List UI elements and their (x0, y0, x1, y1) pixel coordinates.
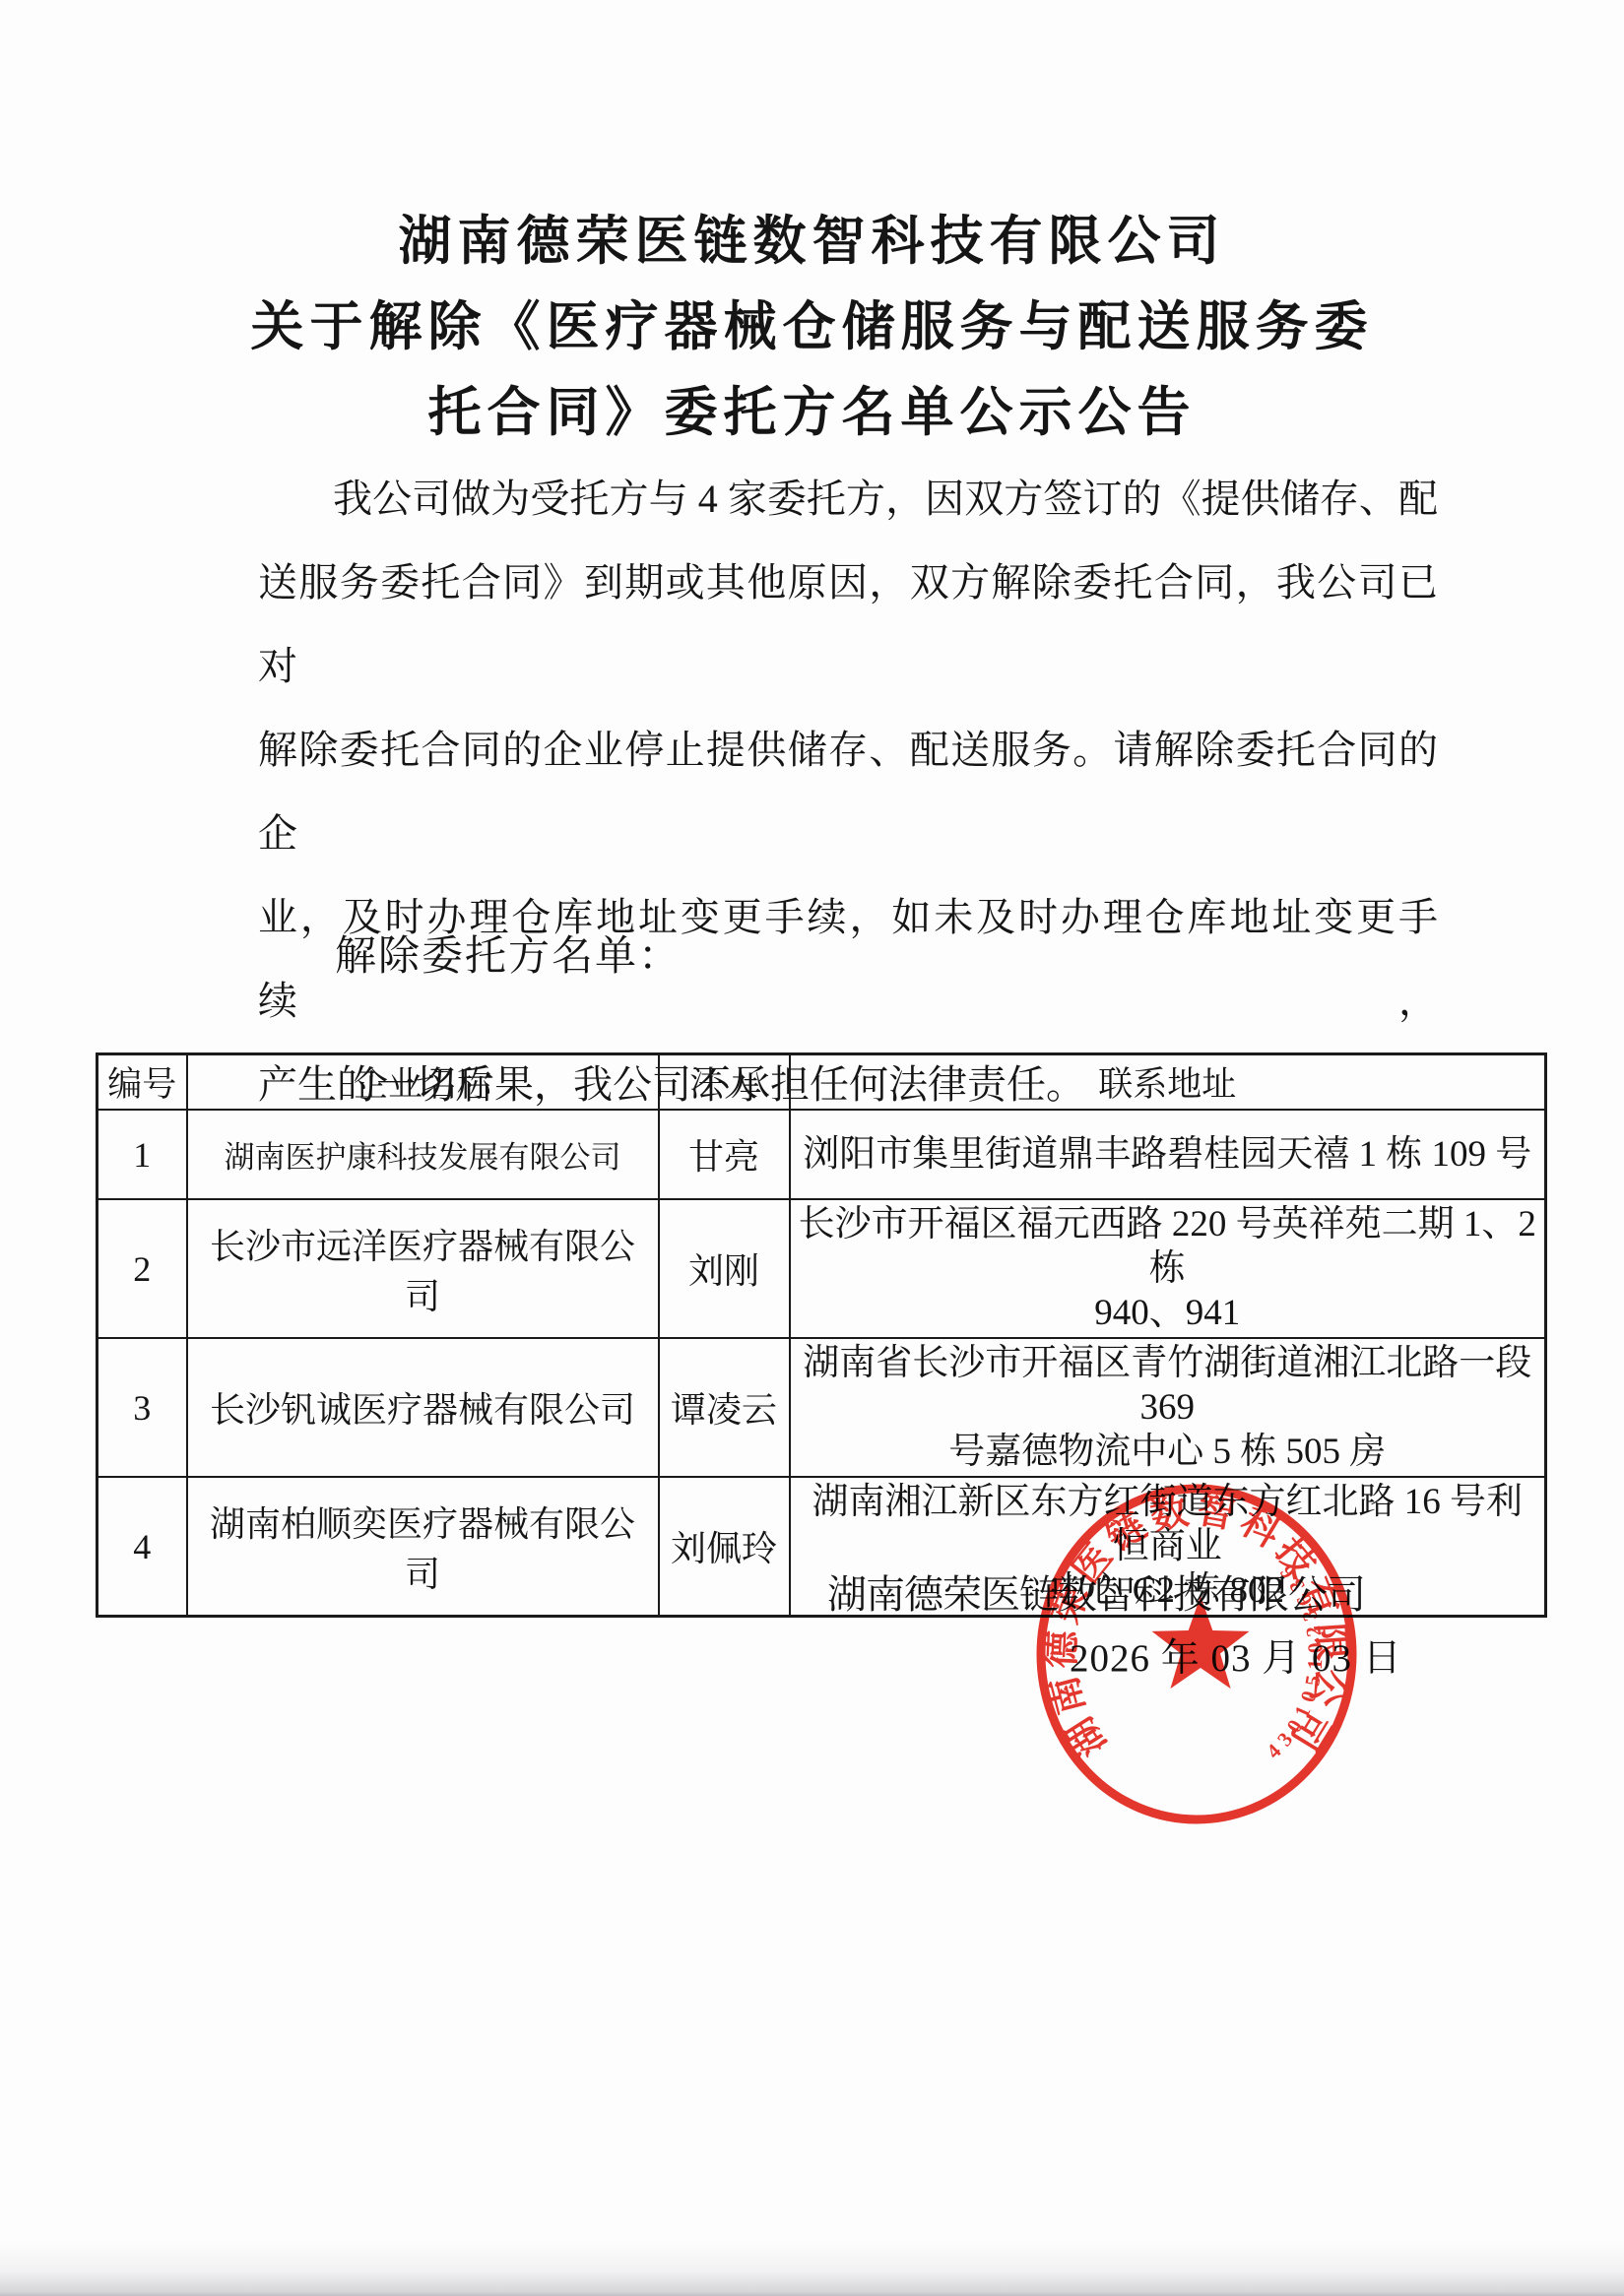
body-line: 我公司做为受托方与 4 家委托方，因双方签订的《提供储存、配 (258, 457, 1438, 541)
header-cell-no: 编号 (97, 1054, 187, 1111)
header-cell-company: 企业名称 (187, 1054, 659, 1111)
title-line-2: 关于解除《医疗器械仓储服务与配送服务委 (0, 285, 1624, 370)
address-cell: 湖南省长沙市开福区青竹湖街道湘江北路一段 369 号嘉德物流中心 5 栋 505… (790, 1338, 1546, 1477)
header-cell-legal: 法人 (659, 1054, 790, 1111)
header-cell-address: 联系地址 (790, 1054, 1546, 1111)
company-name-cell: 湖南医护康科技发展有限公司 (187, 1110, 659, 1199)
body-line: 解除委托合同的企业停止提供储存、配送服务。请解除委托合同的企 (258, 708, 1438, 875)
row-number-cell: 4 (97, 1477, 187, 1617)
table-row: 2 长沙市远洋医疗器械有限公司 刘刚 长沙市开福区福元西路 220 号英祥苑二期… (97, 1199, 1546, 1338)
title-line-3: 托合同》委托方名单公示公告 (0, 370, 1624, 456)
table-row: 1 湖南医护康科技发展有限公司 甘亮 浏阳市集里街道鼎丰路碧桂园天禧 1 栋 1… (97, 1110, 1546, 1199)
title-line-1: 湖南德荣医链数智科技有限公司 (0, 199, 1624, 285)
company-name-cell: 长沙市远洋医疗器械有限公司 (187, 1199, 659, 1338)
table-header-row: 编号 企业名称 法人 联系地址 (97, 1054, 1546, 1111)
company-name-cell: 湖南柏顺奕医疗器械有限公司 (187, 1477, 659, 1617)
body-paragraph: 我公司做为受托方与 4 家委托方，因双方签订的《提供储存、配 送服务委托合同》到… (258, 457, 1438, 1126)
company-seal: 湖南德荣医链数智科技有限公司 4301051023636 (1014, 1467, 1389, 1851)
row-number-cell: 3 (97, 1338, 187, 1477)
legal-person-cell: 刘刚 (659, 1199, 790, 1338)
list-label: 解除委托方名单： (335, 924, 682, 983)
company-name-cell: 长沙钒诚医疗器械有限公司 (187, 1338, 659, 1477)
table-row: 3 长沙钒诚医疗器械有限公司 谭凌云 湖南省长沙市开福区青竹湖街道湘江北路一段 … (97, 1338, 1546, 1477)
legal-person-cell: 谭凌云 (659, 1338, 790, 1477)
seal-star (1152, 1596, 1250, 1689)
address-cell: 长沙市开福区福元西路 220 号英祥苑二期 1、2 栋 940、941 (790, 1199, 1546, 1338)
legal-person-cell: 甘亮 (659, 1110, 790, 1199)
bottom-scan-artifact (0, 2239, 1624, 2296)
page-title: 湖南德荣医链数智科技有限公司 关于解除《医疗器械仓储服务与配送服务委 托合同》委… (0, 199, 1624, 456)
row-number-cell: 2 (97, 1199, 187, 1338)
row-number-cell: 1 (97, 1110, 187, 1199)
body-line: 送服务委托合同》到期或其他原因，双方解除委托合同，我公司已对 (258, 541, 1438, 708)
address-cell: 浏阳市集里街道鼎丰路碧桂园天禧 1 栋 109 号 (790, 1110, 1546, 1199)
legal-person-cell: 刘佩玲 (659, 1477, 790, 1617)
